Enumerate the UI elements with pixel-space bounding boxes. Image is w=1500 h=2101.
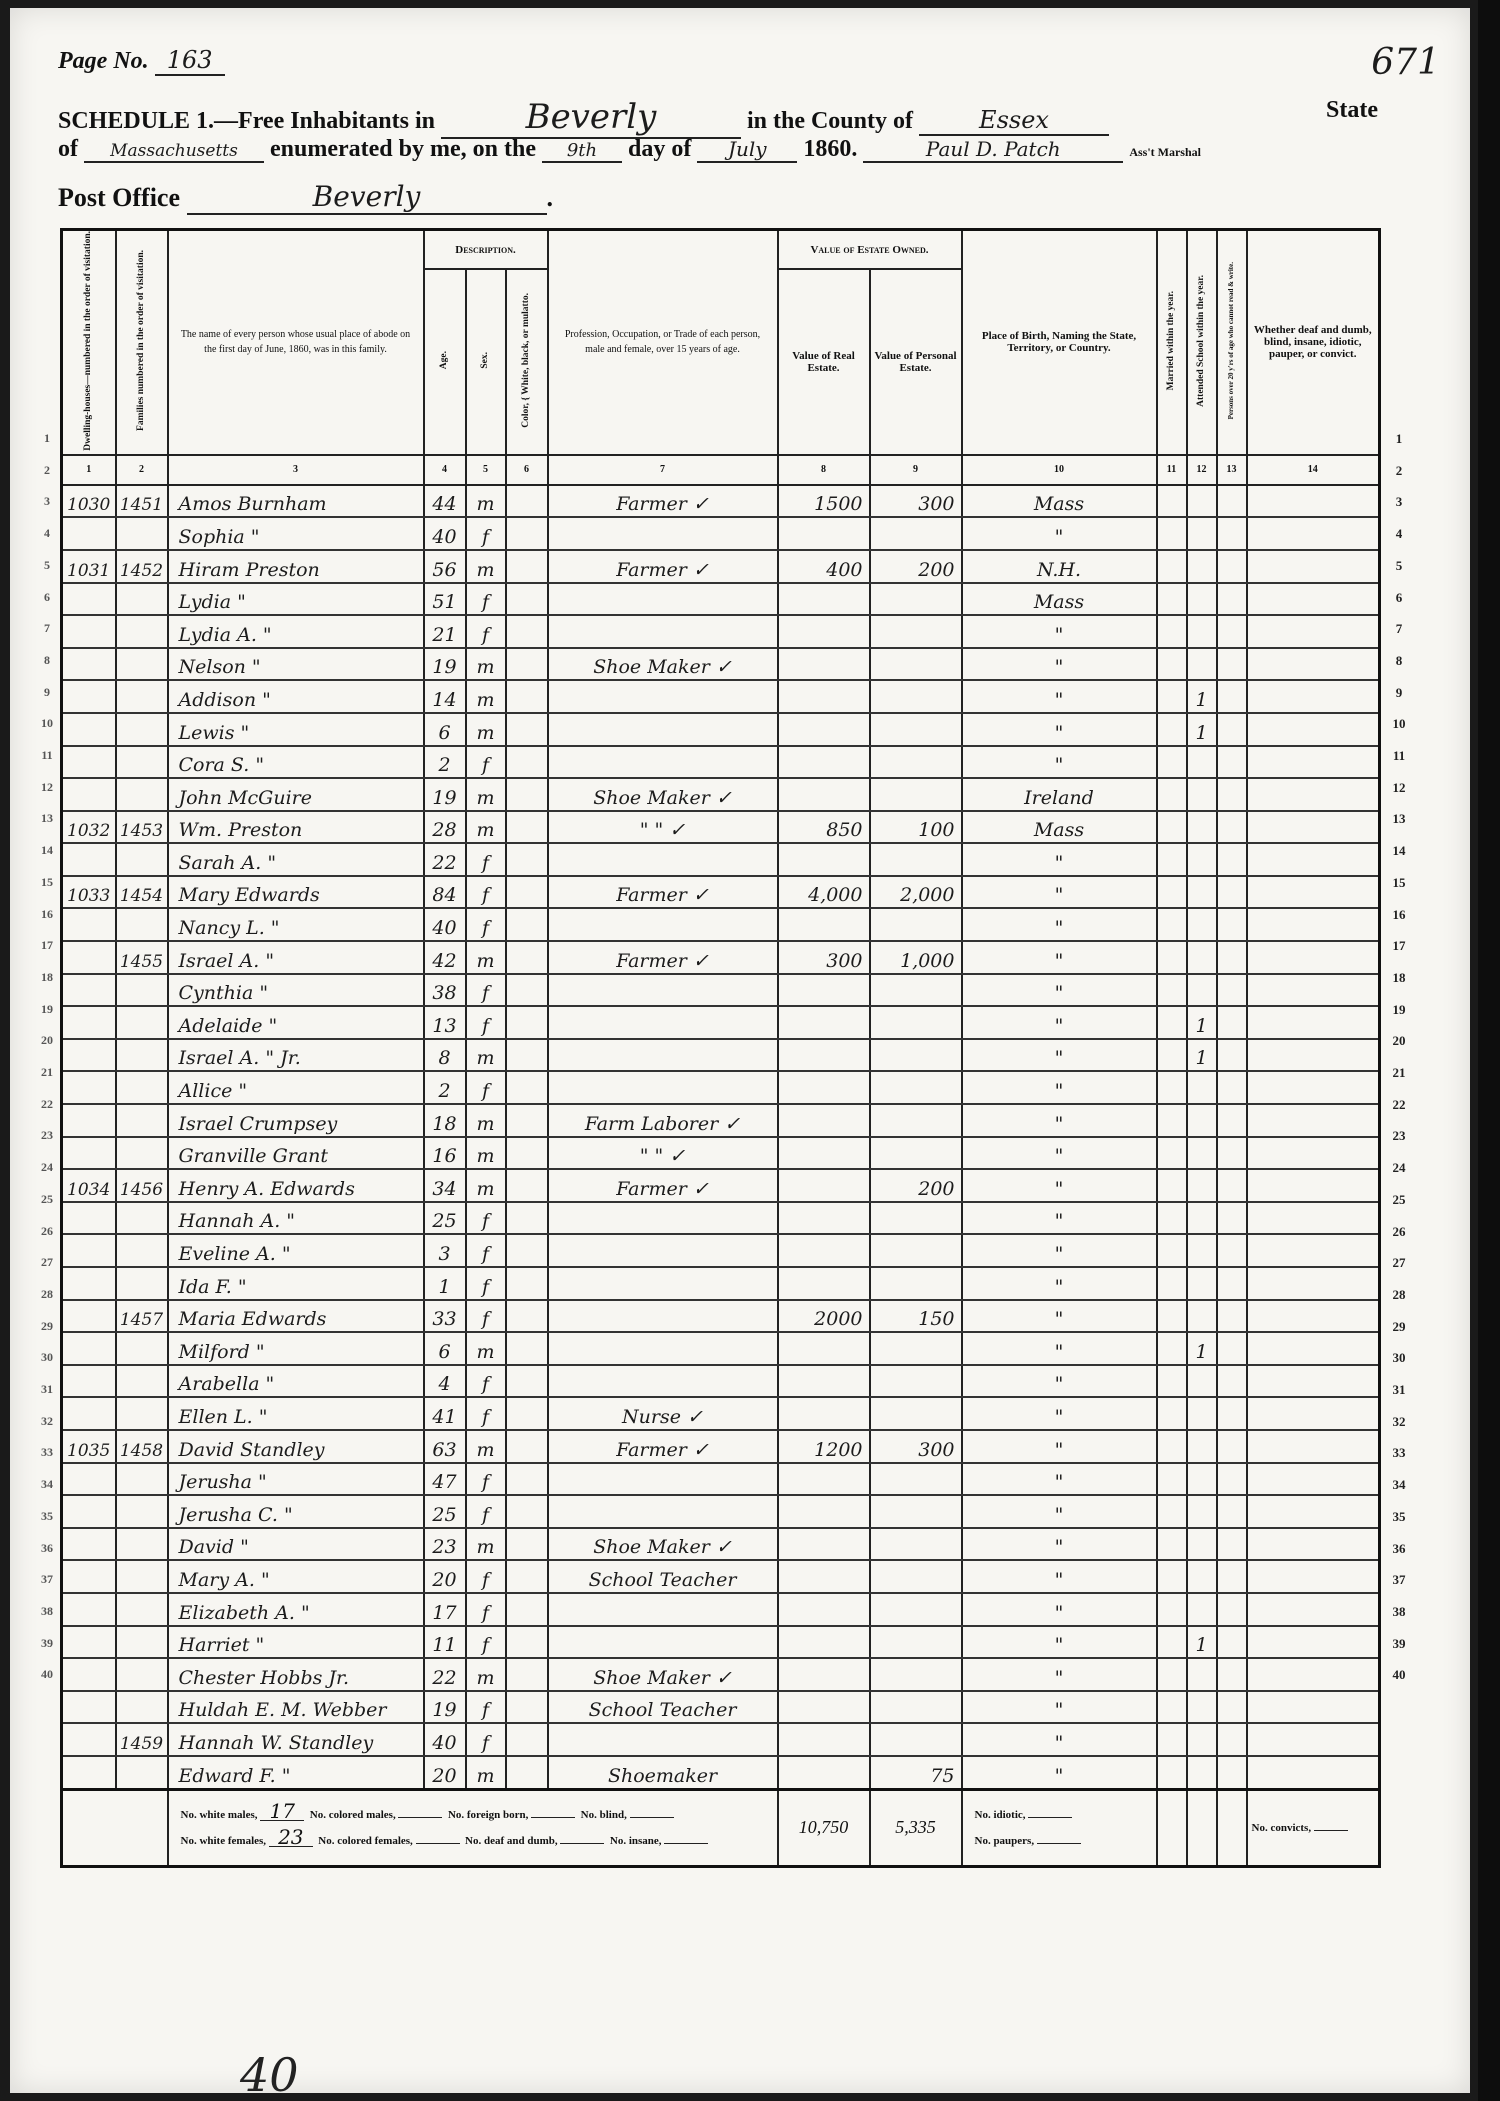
color [506, 1104, 548, 1137]
married-mark [1157, 1332, 1187, 1365]
personal-estate-value [870, 1104, 962, 1137]
age: 28 [424, 811, 466, 844]
school-mark [1187, 485, 1217, 518]
line-number: 40 [1386, 1667, 1412, 1683]
occupation [548, 680, 778, 713]
line-number-left: 30 [40, 1350, 54, 1365]
age: 47 [424, 1463, 466, 1496]
illiterate-mark [1217, 1332, 1247, 1365]
family-number [116, 778, 168, 811]
col-number: 9 [870, 455, 962, 485]
sex: m [466, 1658, 506, 1691]
color [506, 680, 548, 713]
line-number-left: 27 [40, 1255, 54, 1270]
color [506, 1234, 548, 1267]
birthplace: " [962, 1071, 1157, 1104]
disability [1247, 1300, 1380, 1333]
school-mark [1187, 778, 1217, 811]
illiterate-mark [1217, 1528, 1247, 1561]
family-number [116, 843, 168, 876]
person-name: Sarah A. " [168, 843, 424, 876]
person-name: Henry A. Edwards [168, 1169, 424, 1202]
person-name: Nelson " [168, 648, 424, 681]
family-number [116, 648, 168, 681]
occupation: Shoe Maker ✓ [548, 778, 778, 811]
color [506, 746, 548, 779]
table-row: Harriet "11f"1 [62, 1626, 1380, 1659]
disability [1247, 680, 1380, 713]
age: 42 [424, 941, 466, 974]
line-number-left: 36 [40, 1541, 54, 1556]
sex: f [466, 1593, 506, 1626]
family-number [116, 713, 168, 746]
family-number: 1459 [116, 1723, 168, 1756]
white-females-count: 23 [269, 1828, 313, 1847]
table-row: David "23mShoe Maker ✓" [62, 1528, 1380, 1561]
illiterate-mark [1217, 583, 1247, 616]
occupation [548, 615, 778, 648]
table-row: John McGuire19mShoe Maker ✓Ireland [62, 778, 1380, 811]
disability [1247, 517, 1380, 550]
line-number: 21 [1386, 1065, 1412, 1081]
real-estate-value: 4,000 [778, 876, 870, 909]
personal-estate-value [870, 1528, 962, 1561]
page-number-line: Page No. 163 [58, 46, 225, 76]
line-number-left: 33 [40, 1445, 54, 1460]
school-mark [1187, 1397, 1217, 1430]
personal-estate-value [870, 1332, 962, 1365]
color [506, 1495, 548, 1528]
illiterate-mark [1217, 1202, 1247, 1235]
line-number-left: 5 [40, 558, 54, 573]
personal-estate-value [870, 1397, 962, 1430]
dwelling-number [62, 1202, 116, 1235]
description-group-header: Description. [424, 230, 548, 270]
age: 21 [424, 615, 466, 648]
personal-estate-value [870, 1626, 962, 1659]
personal-estate-value: 300 [870, 485, 962, 518]
illiterate-mark [1217, 1593, 1247, 1626]
disability [1247, 1137, 1380, 1170]
dwelling-number: 1033 [62, 876, 116, 909]
dwelling-number [62, 1528, 116, 1561]
line-number: 16 [1386, 907, 1412, 923]
disability [1247, 615, 1380, 648]
personal-estate-value [870, 1691, 962, 1724]
person-name: Cora S. " [168, 746, 424, 779]
disability [1247, 485, 1380, 518]
illiterate-mark [1217, 1756, 1247, 1789]
family-number [116, 1202, 168, 1235]
school-mark [1187, 517, 1217, 550]
birthplace: " [962, 1495, 1157, 1528]
birthplace: " [962, 876, 1157, 909]
personal-estate-value [870, 1495, 962, 1528]
table-row: 10301451Amos Burnham44mFarmer ✓1500300Ma… [62, 485, 1380, 518]
birthplace: " [962, 1463, 1157, 1496]
line-number-left: 29 [40, 1319, 54, 1334]
age: 11 [424, 1626, 466, 1659]
illiterate-mark [1217, 746, 1247, 779]
line-number: 12 [1386, 780, 1412, 796]
school-mark [1187, 550, 1217, 583]
illiterate-mark [1217, 1430, 1247, 1463]
birthplace: " [962, 1202, 1157, 1235]
dwelling-number [62, 1397, 116, 1430]
age: 19 [424, 648, 466, 681]
school-mark [1187, 843, 1217, 876]
sex: f [466, 876, 506, 909]
age: 18 [424, 1104, 466, 1137]
col-number: 14 [1247, 455, 1380, 485]
illiterate-mark [1217, 941, 1247, 974]
real-estate-value [778, 517, 870, 550]
color [506, 1397, 548, 1430]
illiterate-mark [1217, 778, 1247, 811]
birthplace: " [962, 843, 1157, 876]
real-estate-value [778, 1267, 870, 1300]
col-number: 2 [116, 455, 168, 485]
illiterate-mark [1217, 550, 1247, 583]
sex: m [466, 550, 506, 583]
age: 4 [424, 1365, 466, 1398]
illiterate-mark [1217, 1658, 1247, 1691]
illiterate-mark [1217, 1234, 1247, 1267]
family-number [116, 1267, 168, 1300]
occupation [548, 1071, 778, 1104]
age: 19 [424, 778, 466, 811]
age: 17 [424, 1593, 466, 1626]
school-mark: 1 [1187, 1626, 1217, 1659]
personal-estate-value [870, 517, 962, 550]
age: 6 [424, 1332, 466, 1365]
sex: f [466, 1463, 506, 1496]
school-mark: 1 [1187, 713, 1217, 746]
age: 40 [424, 1723, 466, 1756]
sex: f [466, 1300, 506, 1333]
birthplace: " [962, 517, 1157, 550]
birthplace: " [962, 1756, 1157, 1789]
color [506, 1756, 548, 1789]
col-school-header: Attended School within the year. [1187, 230, 1217, 455]
color [506, 583, 548, 616]
line-number-left: 15 [40, 875, 54, 890]
real-estate-value [778, 1039, 870, 1072]
family-number [116, 1006, 168, 1039]
sex: f [466, 1397, 506, 1430]
married-mark [1157, 1202, 1187, 1235]
married-mark [1157, 908, 1187, 941]
personal-estate-value: 2,000 [870, 876, 962, 909]
dwelling-number: 1032 [62, 811, 116, 844]
person-name: Maria Edwards [168, 1300, 424, 1333]
sex: f [466, 746, 506, 779]
color [506, 1528, 548, 1561]
real-estate-value [778, 1528, 870, 1561]
age: 20 [424, 1756, 466, 1789]
person-name: Edward F. " [168, 1756, 424, 1789]
disability [1247, 1071, 1380, 1104]
age: 20 [424, 1560, 466, 1593]
real-estate-value: 1200 [778, 1430, 870, 1463]
col-dwelling-header: Dwelling-houses—numbered in the order of… [62, 230, 116, 455]
married-mark [1157, 1234, 1187, 1267]
school-mark [1187, 1365, 1217, 1398]
occupation: School Teacher [548, 1691, 778, 1724]
occupation [548, 908, 778, 941]
school-mark [1187, 1691, 1217, 1724]
school-mark [1187, 1137, 1217, 1170]
enumeration-month: July [697, 137, 797, 163]
line-number: 28 [1386, 1287, 1412, 1303]
occupation [548, 1723, 778, 1756]
disability [1247, 550, 1380, 583]
school-mark [1187, 1593, 1217, 1626]
col-number: 12 [1187, 455, 1217, 485]
age: 2 [424, 746, 466, 779]
real-estate-value [778, 1006, 870, 1039]
disability [1247, 974, 1380, 1007]
col-family-header: Families numbered in the order of visita… [116, 230, 168, 455]
married-mark [1157, 485, 1187, 518]
summary-counts: No. white males, 17 No. colored males, N… [168, 1789, 778, 1866]
age: 14 [424, 680, 466, 713]
line-number-left: 22 [40, 1097, 54, 1112]
col-color-header: Color, { White, black, or mulatto. [506, 269, 548, 454]
married-mark [1157, 550, 1187, 583]
disability [1247, 1169, 1380, 1202]
married-mark [1157, 974, 1187, 1007]
occupation [548, 843, 778, 876]
occupation: Shoe Maker ✓ [548, 648, 778, 681]
age: 23 [424, 1528, 466, 1561]
birthplace: " [962, 1365, 1157, 1398]
school-mark: 1 [1187, 680, 1217, 713]
sex: m [466, 1039, 506, 1072]
personal-estate-value [870, 1723, 962, 1756]
line-number: 10 [1386, 716, 1412, 732]
line-number-left: 20 [40, 1033, 54, 1048]
sex: f [466, 517, 506, 550]
color [506, 550, 548, 583]
personal-estate-value [870, 680, 962, 713]
table-row: Allice "2f" [62, 1071, 1380, 1104]
disability [1247, 1691, 1380, 1724]
line-number-left: 10 [40, 716, 54, 731]
occupation: Farmer ✓ [548, 550, 778, 583]
real-estate-value [778, 778, 870, 811]
summary-row: No. white males, 17 No. colored males, N… [62, 1789, 1380, 1866]
disability [1247, 1267, 1380, 1300]
occupation: Farm Laborer ✓ [548, 1104, 778, 1137]
birthplace: " [962, 1691, 1157, 1724]
real-estate-value: 300 [778, 941, 870, 974]
table-row: 1455Israel A. "42mFarmer ✓3001,000" [62, 941, 1380, 974]
personal-estate-value [870, 583, 962, 616]
line-number: 19 [1386, 1002, 1412, 1018]
dwelling-number [62, 1104, 116, 1137]
married-mark [1157, 648, 1187, 681]
occupation [548, 1495, 778, 1528]
table-row: Elizabeth A. "17f" [62, 1593, 1380, 1626]
illiterate-mark [1217, 1463, 1247, 1496]
age: 84 [424, 876, 466, 909]
person-name: Amos Burnham [168, 485, 424, 518]
family-number [116, 1463, 168, 1496]
table-row: Jerusha C. "25f" [62, 1495, 1380, 1528]
col-disability-header: Whether deaf and dumb, blind, insane, id… [1247, 230, 1380, 455]
illiterate-mark [1217, 648, 1247, 681]
sex: f [466, 1495, 506, 1528]
person-name: Lydia A. " [168, 615, 424, 648]
table-row: Arabella "4f" [62, 1365, 1380, 1398]
occupation: Farmer ✓ [548, 876, 778, 909]
line-number-left: 38 [40, 1604, 54, 1619]
table-row: Adelaide "13f"1 [62, 1006, 1380, 1039]
post-office-name: Beverly [187, 180, 547, 215]
person-name: Harriet " [168, 1626, 424, 1659]
table-row: Cynthia "38f" [62, 974, 1380, 1007]
dwelling-number [62, 1332, 116, 1365]
color [506, 876, 548, 909]
married-mark [1157, 1169, 1187, 1202]
married-mark [1157, 1756, 1187, 1789]
table-row: Granville Grant16m" " ✓" [62, 1137, 1380, 1170]
dwelling-number [62, 615, 116, 648]
real-estate-value [778, 1169, 870, 1202]
sex: f [466, 974, 506, 1007]
family-number [116, 1104, 168, 1137]
illiterate-mark [1217, 485, 1247, 518]
occupation [548, 1202, 778, 1235]
county-label: in the County of [747, 108, 913, 134]
married-mark [1157, 1626, 1187, 1659]
married-mark [1157, 1658, 1187, 1691]
sex: m [466, 680, 506, 713]
line-number-left: 2 [40, 463, 54, 478]
dwelling-number [62, 1560, 116, 1593]
person-name: Mary Edwards [168, 876, 424, 909]
occupation: Farmer ✓ [548, 485, 778, 518]
married-mark [1157, 811, 1187, 844]
dwelling-number: 1031 [62, 550, 116, 583]
real-estate-value [778, 1365, 870, 1398]
family-number [116, 1658, 168, 1691]
disability [1247, 713, 1380, 746]
age: 22 [424, 1658, 466, 1691]
personal-estate-value [870, 1202, 962, 1235]
family-number [116, 1756, 168, 1789]
line-number: 33 [1386, 1445, 1412, 1461]
family-number: 1453 [116, 811, 168, 844]
value-group-header: Value of Estate Owned. [778, 230, 962, 270]
school-mark [1187, 1430, 1217, 1463]
birthplace: " [962, 1267, 1157, 1300]
line-number: 5 [1386, 558, 1412, 574]
personal-estate-value [870, 908, 962, 941]
disability [1247, 1234, 1380, 1267]
married-mark [1157, 1430, 1187, 1463]
person-name: Huldah E. M. Webber [168, 1691, 424, 1724]
age: 25 [424, 1495, 466, 1528]
real-estate-value [778, 1723, 870, 1756]
line-number: 18 [1386, 970, 1412, 986]
illiterate-mark [1217, 974, 1247, 1007]
dwelling-number [62, 680, 116, 713]
disability [1247, 1006, 1380, 1039]
married-mark [1157, 1137, 1187, 1170]
occupation: " " ✓ [548, 811, 778, 844]
occupation [548, 1332, 778, 1365]
person-name: Ellen L. " [168, 1397, 424, 1430]
real-estate-value [778, 713, 870, 746]
family-number [116, 908, 168, 941]
table-row: 1457Maria Edwards33f2000150" [62, 1300, 1380, 1333]
sex: f [466, 615, 506, 648]
color [506, 1006, 548, 1039]
birthplace: Ireland [962, 778, 1157, 811]
married-mark [1157, 1267, 1187, 1300]
age: 63 [424, 1430, 466, 1463]
table-row: Nancy L. "40f" [62, 908, 1380, 941]
col-number: 5 [466, 455, 506, 485]
real-estate-value [778, 1397, 870, 1430]
illiterate-mark [1217, 713, 1247, 746]
real-estate-value [778, 1463, 870, 1496]
birthplace: " [962, 1723, 1157, 1756]
personal-estate-value [870, 1658, 962, 1691]
color [506, 1332, 548, 1365]
disability [1247, 1626, 1380, 1659]
white-males-count: 17 [260, 1802, 304, 1821]
occupation: Farmer ✓ [548, 941, 778, 974]
school-mark: 1 [1187, 1039, 1217, 1072]
line-number: 35 [1386, 1509, 1412, 1525]
sex: m [466, 941, 506, 974]
birthplace: " [962, 1039, 1157, 1072]
dwelling-number [62, 1658, 116, 1691]
real-estate-value [778, 680, 870, 713]
person-name: Eveline A. " [168, 1234, 424, 1267]
line-number: 37 [1386, 1572, 1412, 1588]
real-estate-value [778, 843, 870, 876]
line-number: 38 [1386, 1604, 1412, 1620]
personal-estate-value [870, 648, 962, 681]
disability [1247, 1365, 1380, 1398]
birthplace: " [962, 1430, 1157, 1463]
illiterate-mark [1217, 615, 1247, 648]
real-estate-value [778, 1137, 870, 1170]
summary-convicts: No. convicts, [1247, 1789, 1380, 1866]
dwelling-number: 1030 [62, 485, 116, 518]
dwelling-number [62, 1267, 116, 1300]
family-number [116, 1560, 168, 1593]
school-mark [1187, 1658, 1217, 1691]
birthplace: " [962, 1234, 1157, 1267]
color [506, 713, 548, 746]
color [506, 517, 548, 550]
school-mark: 1 [1187, 1332, 1217, 1365]
age: 2 [424, 1071, 466, 1104]
illiterate-mark [1217, 1006, 1247, 1039]
personal-estate-value [870, 1463, 962, 1496]
page-number: 163 [155, 46, 225, 76]
sex: f [466, 1723, 506, 1756]
sex: f [466, 1691, 506, 1724]
schedule-label: SCHEDULE 1.—Free Inhabitants in [58, 108, 435, 134]
dwelling-number [62, 1300, 116, 1333]
family-number [116, 746, 168, 779]
